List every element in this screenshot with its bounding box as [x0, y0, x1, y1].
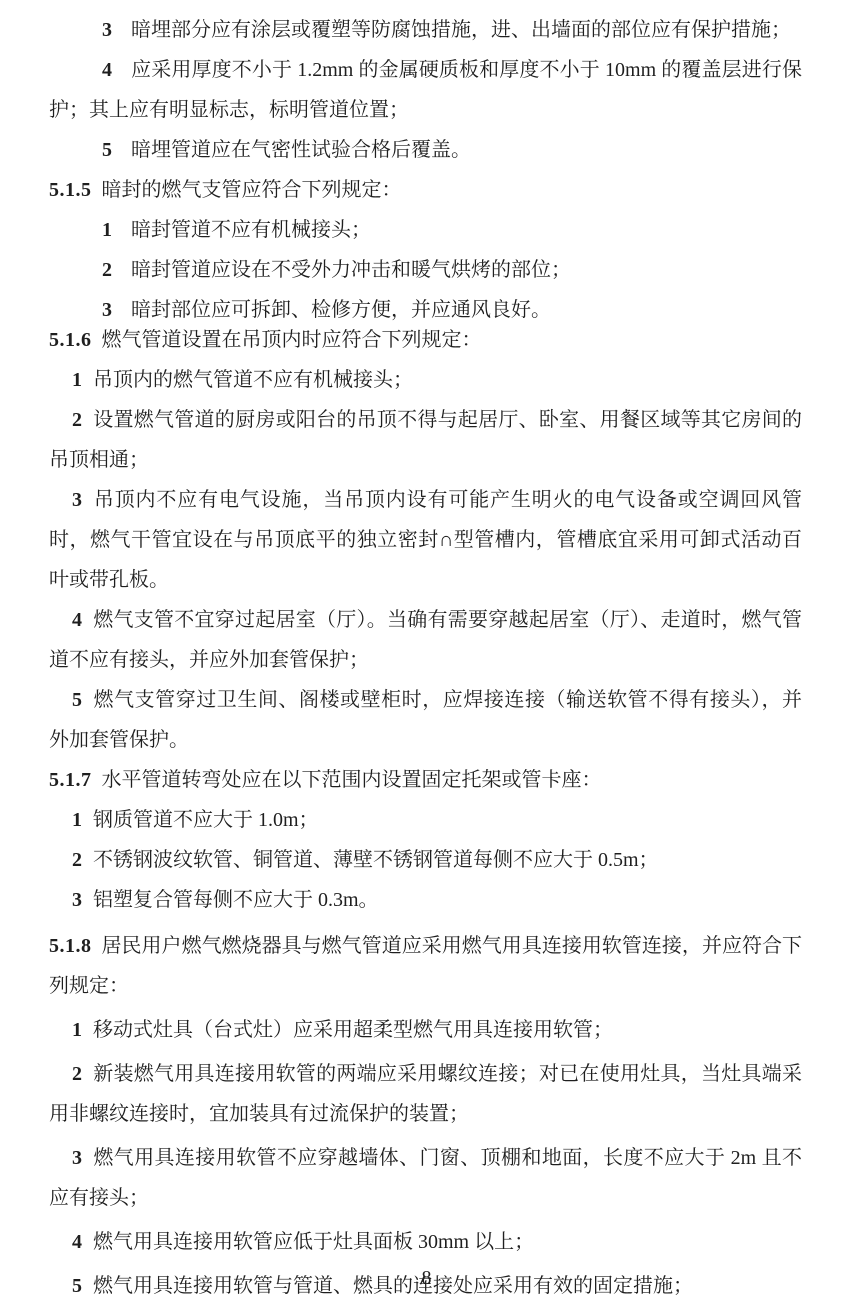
- item-text: 铝塑复合管每侧不应大于 0.3m。: [93, 889, 379, 911]
- item-number: 1: [72, 369, 82, 391]
- clause-heading-5-1-8: 5.1.8居民用户燃气燃烧器具与燃气管道应采用燃气用具连接用软管连接，并应符合下…: [49, 926, 802, 1006]
- item-number: 2: [102, 259, 112, 281]
- item-text: 吊顶内不应有电气设施，当吊顶内设有可能产生明火的电气设备或空调回风管时，燃气干管…: [49, 489, 802, 591]
- clause-number: 5.1.6: [49, 329, 92, 351]
- item-text: 燃气用具连接用软管应低于灶具面板 30mm 以上；: [93, 1231, 534, 1253]
- list-item: 4燃气用具连接用软管应低于灶具面板 30mm 以上；: [49, 1222, 802, 1262]
- clause-number: 5.1.8: [49, 935, 92, 957]
- item-text: 钢质管道不应大于 1.0m；: [93, 809, 319, 831]
- clause-heading-5-1-6: 5.1.6燃气管道设置在吊顶内时应符合下列规定：: [49, 320, 802, 360]
- list-item: 5燃气支管穿过卫生间、阁楼或壁柜时，应焊接连接（输送软管不得有接头），并外加套管…: [49, 680, 802, 760]
- item-number: 5: [72, 689, 82, 711]
- list-item: 1吊顶内的燃气管道不应有机械接头；: [49, 360, 802, 400]
- item-number: 3: [72, 489, 82, 511]
- item-text: 暗埋部分应有涂层或覆塑等防腐蚀措施，进、出墙面的部位应有保护措施；: [131, 19, 791, 41]
- list-item: 2新装燃气用具连接用软管的两端应采用螺纹连接；对已在使用灶具，当灶具端采用非螺纹…: [49, 1054, 802, 1134]
- list-item: 2设置燃气管道的厨房或阳台的吊顶不得与起居厅、卧室、用餐区域等其它房间的吊顶相通…: [49, 400, 802, 480]
- list-item: 1钢质管道不应大于 1.0m；: [49, 800, 802, 840]
- item-number: 1: [72, 809, 82, 831]
- list-item: 2不锈钢波纹软管、铜管道、薄壁不锈钢管道每侧不应大于 0.5m；: [49, 840, 802, 880]
- item-number: 1: [102, 219, 112, 241]
- clause-number: 5.1.7: [49, 769, 92, 791]
- list-item: 1移动式灶具（台式灶）应采用超柔型燃气用具连接用软管；: [49, 1010, 802, 1050]
- item-number: 3: [72, 889, 82, 911]
- clause-text: 水平管道转弯处应在以下范围内设置固定托架或管卡座：: [102, 769, 602, 791]
- list-item: 3铝塑复合管每侧不应大于 0.3m。: [49, 880, 802, 920]
- list-item: 2暗封管道应设在不受外力冲击和暖气烘烤的部位；: [49, 250, 802, 290]
- item-text: 吊顶内的燃气管道不应有机械接头；: [93, 369, 413, 391]
- item-text: 燃气支管穿过卫生间、阁楼或壁柜时，应焊接连接（输送软管不得有接头），并外加套管保…: [49, 689, 802, 751]
- document-body: 3暗埋部分应有涂层或覆塑等防腐蚀措施，进、出墙面的部位应有保护措施； 4应采用厚…: [49, 10, 802, 1306]
- item-number: 4: [102, 59, 112, 81]
- item-number: 4: [72, 1231, 82, 1253]
- list-item: 3吊顶内不应有电气设施，当吊顶内设有可能产生明火的电气设备或空调回风管时，燃气干…: [49, 480, 802, 600]
- item-text: 新装燃气用具连接用软管的两端应采用螺纹连接；对已在使用灶具，当灶具端采用非螺纹连…: [49, 1063, 802, 1125]
- item-number: 3: [72, 1147, 82, 1169]
- list-item: 3燃气用具连接用软管不应穿越墙体、门窗、顶棚和地面，长度不应大于 2m 且不应有…: [49, 1138, 802, 1218]
- item-text: 暗封部位应可拆卸、检修方便，并应通风良好。: [131, 299, 551, 321]
- list-item: 4燃气支管不宜穿过起居室（厅）。当确有需要穿越起居室（厅）、走道时，燃气管道不应…: [49, 600, 802, 680]
- item-number: 3: [102, 299, 112, 321]
- clause-text: 暗封的燃气支管应符合下列规定：: [102, 179, 402, 201]
- clause-heading-5-1-5: 5.1.5暗封的燃气支管应符合下列规定：: [49, 170, 802, 210]
- page-number: 8: [0, 1258, 853, 1298]
- clause-number: 5.1.5: [49, 179, 92, 201]
- list-item: 1暗封管道不应有机械接头；: [49, 210, 802, 250]
- item-text: 应采用厚度不小于 1.2mm 的金属硬质板和厚度不小于 10mm 的覆盖层进行保…: [49, 59, 802, 121]
- item-text: 设置燃气管道的厨房或阳台的吊顶不得与起居厅、卧室、用餐区域等其它房间的吊顶相通；: [49, 409, 802, 471]
- item-number: 2: [72, 1063, 82, 1085]
- item-text: 暗埋管道应在气密性试验合格后覆盖。: [131, 139, 471, 161]
- list-item: 3暗埋部分应有涂层或覆塑等防腐蚀措施，进、出墙面的部位应有保护措施；: [49, 10, 802, 50]
- item-text: 不锈钢波纹软管、铜管道、薄壁不锈钢管道每侧不应大于 0.5m；: [93, 849, 659, 871]
- clause-text: 燃气管道设置在吊顶内时应符合下列规定：: [102, 329, 482, 351]
- item-text: 暗封管道不应有机械接头；: [131, 219, 371, 241]
- item-number: 2: [72, 849, 82, 871]
- item-number: 4: [72, 609, 82, 631]
- item-text: 暗封管道应设在不受外力冲击和暖气烘烤的部位；: [131, 259, 571, 281]
- item-text: 燃气用具连接用软管不应穿越墙体、门窗、顶棚和地面，长度不应大于 2m 且不应有接…: [49, 1147, 802, 1209]
- item-number: 1: [72, 1019, 82, 1041]
- clause-text: 居民用户燃气燃烧器具与燃气管道应采用燃气用具连接用软管连接，并应符合下列规定：: [49, 935, 802, 997]
- document-page: { "doc": { "page_number": "8", "paragrap…: [0, 0, 853, 1310]
- item-number: 2: [72, 409, 82, 431]
- list-item: 4应采用厚度不小于 1.2mm 的金属硬质板和厚度不小于 10mm 的覆盖层进行…: [49, 50, 802, 130]
- list-item: 5暗埋管道应在气密性试验合格后覆盖。: [49, 130, 802, 170]
- item-text: 移动式灶具（台式灶）应采用超柔型燃气用具连接用软管；: [93, 1019, 613, 1041]
- item-text: 燃气支管不宜穿过起居室（厅）。当确有需要穿越起居室（厅）、走道时，燃气管道不应有…: [49, 609, 802, 671]
- clause-heading-5-1-7: 5.1.7水平管道转弯处应在以下范围内设置固定托架或管卡座：: [49, 760, 802, 800]
- item-number: 5: [102, 139, 112, 161]
- item-number: 3: [102, 19, 112, 41]
